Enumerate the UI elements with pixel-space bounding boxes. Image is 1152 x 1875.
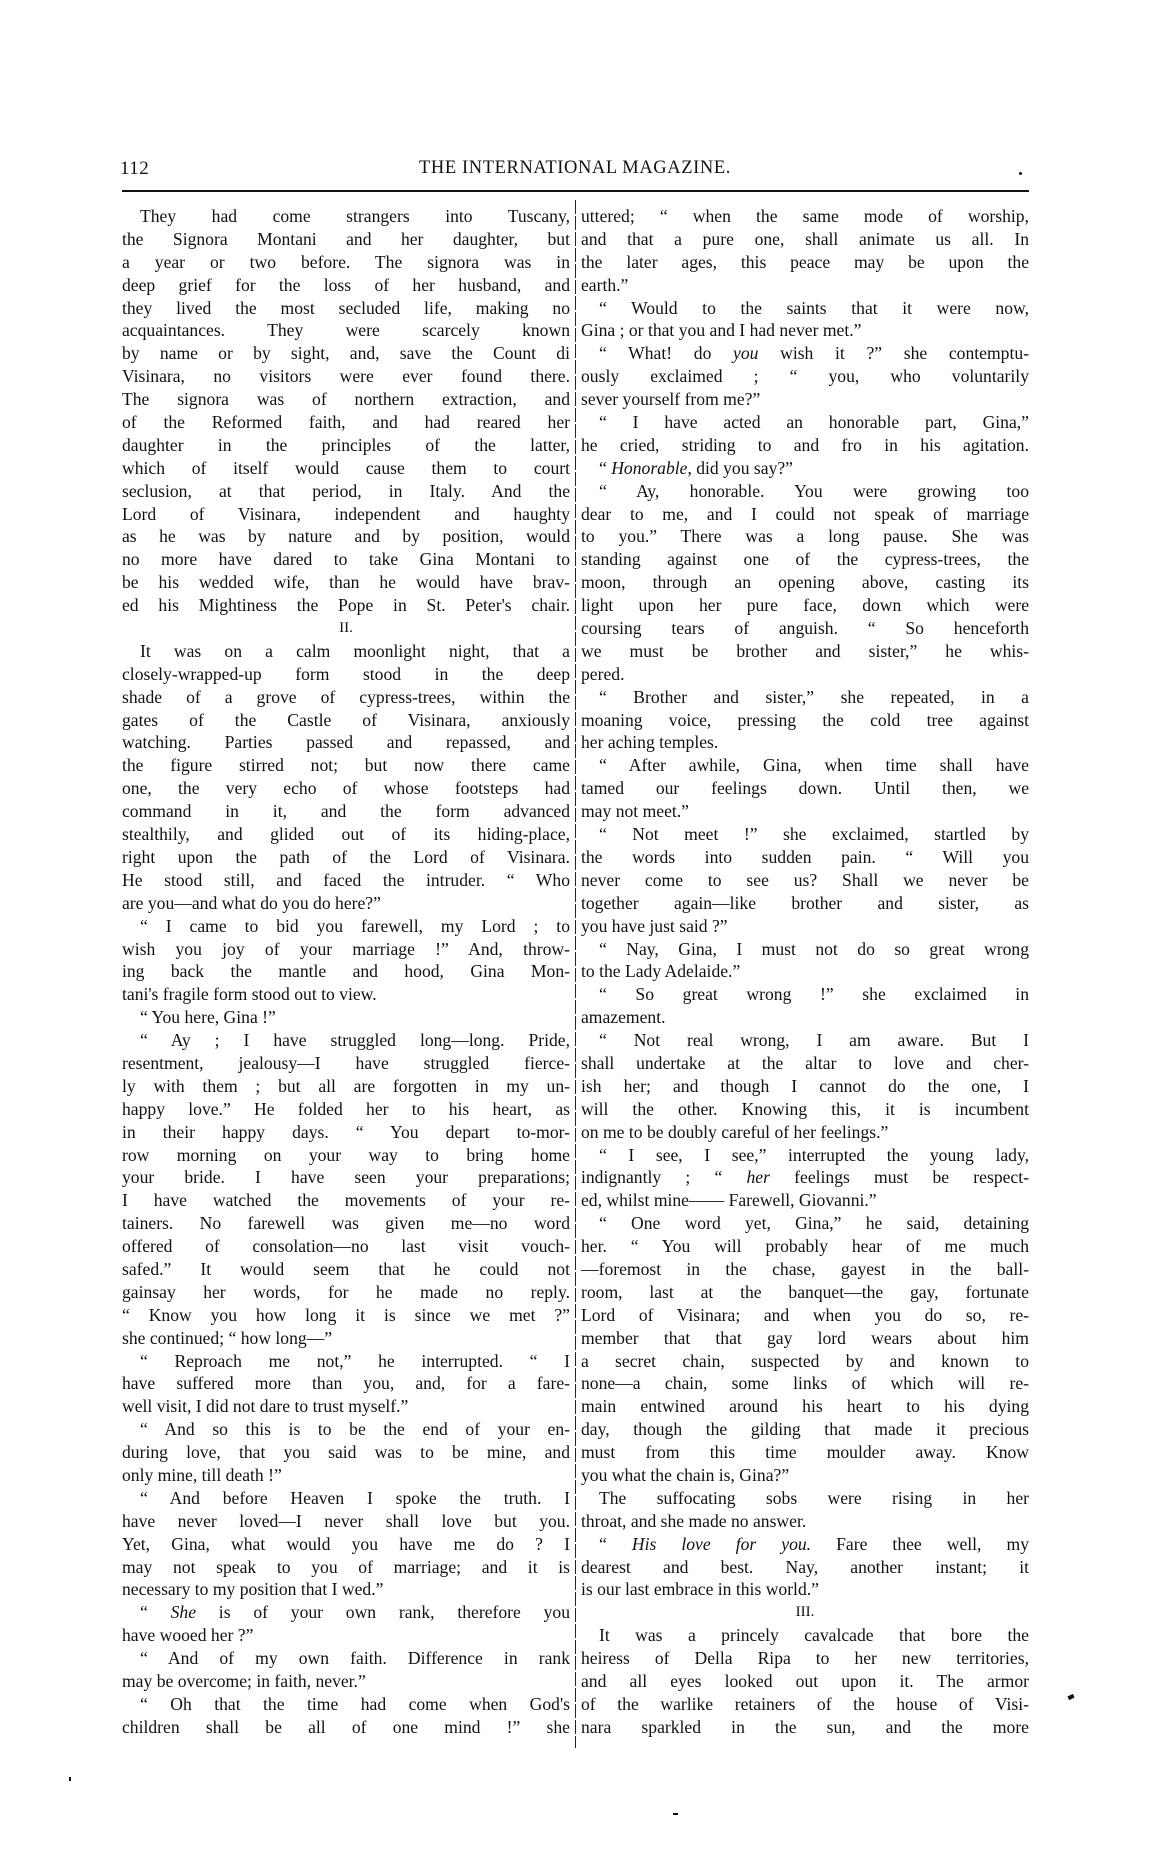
section-heading: III. — [581, 1601, 1029, 1624]
right-column: uttered; “ when the same mode of worship… — [581, 205, 1029, 1739]
text-line: is our last embrace in this world.” — [581, 1578, 1029, 1601]
text-line: in their happy days. “ You depart to-mor… — [122, 1121, 570, 1144]
text-line: “ Not meet !” she exclaimed, startled by — [581, 823, 1029, 846]
column-divider — [575, 200, 576, 1748]
section-heading: II. — [122, 617, 570, 640]
text-line: ish her; and though I cannot do the one,… — [581, 1075, 1029, 1098]
text-line: ously exclaimed ; “ you, who voluntarily — [581, 365, 1029, 388]
text-line: on me to be doubly careful of her feelin… — [581, 1121, 1029, 1144]
text-line: “ And before Heaven I spoke the truth. I — [122, 1487, 570, 1510]
text-line: and that a pure one, shall animate us al… — [581, 228, 1029, 251]
text-line: seclusion, at that period, in Italy. And… — [122, 480, 570, 503]
text-line: daughter in the principles of the latter… — [122, 434, 570, 457]
text-line: dear to me, and I could not speak of mar… — [581, 503, 1029, 526]
stray-ink-mark — [1067, 1694, 1074, 1700]
text-line: I have watched the movements of your re- — [122, 1189, 570, 1212]
text-line: “ Reproach me not,” he interrupted. “ I — [122, 1350, 570, 1373]
emphasis-text: Honorable — [611, 458, 687, 478]
text-line: “ So great wrong !” she exclaimed in — [581, 983, 1029, 1006]
text-line: “ Would to the saints that it were now, — [581, 297, 1029, 320]
text-line: tani's fragile form stood out to view. — [122, 983, 570, 1006]
text-line: —foremost in the chase, gayest in the ba… — [581, 1258, 1029, 1281]
text-line: have suffered more than you, and, for a … — [122, 1372, 570, 1395]
text-line: It was a princely cavalcade that bore th… — [581, 1624, 1029, 1647]
text-line: gates of the Castle of Visinara, anxious… — [122, 709, 570, 732]
text-line: never come to see us? Shall we never be — [581, 869, 1029, 892]
text-line: the Signora Montani and her daughter, bu… — [122, 228, 570, 251]
text-line: “ You here, Gina !” — [122, 1006, 570, 1029]
text-line: “ Ay ; I have struggled long—long. Pride… — [122, 1029, 570, 1052]
text-line: her aching temples. — [581, 731, 1029, 754]
text-line: ly with them ; but all are forgotten in … — [122, 1075, 570, 1098]
text-line: must from this time moulder away. Know — [581, 1441, 1029, 1464]
text-line: she continued; “ how long—” — [122, 1327, 570, 1350]
text-line: have never loved—I never shall love but … — [122, 1510, 570, 1533]
text-line: heiress of Della Ripa to her new territo… — [581, 1647, 1029, 1670]
text-line: uttered; “ when the same mode of worship… — [581, 205, 1029, 228]
text-line: “ I have acted an honorable part, Gina,” — [581, 411, 1029, 434]
text-line: command in it, and the form advanced — [122, 800, 570, 823]
text-line: only mine, till death !” — [122, 1464, 570, 1487]
text-line: of the warlike retainers of the house of… — [581, 1693, 1029, 1716]
text-line: safed.” It would seem that he could not — [122, 1258, 570, 1281]
text-line: of the Reformed faith, and had reared he… — [122, 411, 570, 434]
text-line: ed his Mightiness the Pope in St. Peter'… — [122, 594, 570, 617]
text-line: “ And so this is to be the end of your e… — [122, 1418, 570, 1441]
header-rule — [122, 190, 1029, 192]
text-line: Lord of Visinara; and when you do so, re… — [581, 1304, 1029, 1327]
text-line: “ After awhile, Gina, when time shall ha… — [581, 754, 1029, 777]
text-line: light upon her pure face, down which wer… — [581, 594, 1029, 617]
text-line: to the Lady Adelaide.” — [581, 960, 1029, 983]
text-line: throat, and she made no answer. — [581, 1510, 1029, 1533]
text-line: may not meet.” — [581, 800, 1029, 823]
emphasis-text: She — [171, 1602, 196, 1622]
text-line: stealthily, and glided out of its hiding… — [122, 823, 570, 846]
text-line: “ And of my own faith. Difference in ran… — [122, 1647, 570, 1670]
text-line: Lord of Visinara, independent and haught… — [122, 503, 570, 526]
text-line: tamed our feelings down. Until then, we — [581, 777, 1029, 800]
text-line: he cried, striding to and fro in his agi… — [581, 434, 1029, 457]
text-line: “ Nay, Gina, I must not do so great wron… — [581, 938, 1029, 961]
text-line: They had come strangers into Tuscany, — [122, 205, 570, 228]
text-line: sever yourself from me?” — [581, 388, 1029, 411]
emphasis-text: her — [746, 1167, 769, 1187]
text-line: “ Oh that the time had come when God's — [122, 1693, 570, 1716]
text-line: watching. Parties passed and repassed, a… — [122, 731, 570, 754]
text-line: day, though the gilding that made it pre… — [581, 1418, 1029, 1441]
text-line: Yet, Gina, what would you have me do ? I — [122, 1533, 570, 1556]
header-dot-mark — [1019, 172, 1022, 175]
text-line: be his wedded wife, than he would have b… — [122, 571, 570, 594]
text-line: closely-wrapped-up form stood in the dee… — [122, 663, 570, 686]
text-line: row morning on your way to bring home — [122, 1144, 570, 1167]
text-line: It was on a calm moonlight night, that a — [122, 640, 570, 663]
text-line: well visit, I did not dare to trust myse… — [122, 1395, 570, 1418]
emphasis-text: you — [733, 343, 758, 363]
text-line: no more have dared to take Gina Montani … — [122, 548, 570, 571]
text-line: The suffocating sobs were rising in her — [581, 1487, 1029, 1510]
bottom-ink-mark — [673, 1813, 678, 1815]
text-line: dearest and best. Nay, another instant; … — [581, 1556, 1029, 1579]
text-line: and all eyes looked out upon it. The arm… — [581, 1670, 1029, 1693]
text-line: nara sparkled in the sun, and the more — [581, 1716, 1029, 1739]
text-line: amazement. — [581, 1006, 1029, 1029]
text-line: coursing tears of anguish. “ So hencefor… — [581, 617, 1029, 640]
text-line: standing against one of the cypress-tree… — [581, 548, 1029, 571]
text-line: her. “ You will probably hear of me much — [581, 1235, 1029, 1258]
text-line: as he was by nature and by position, wou… — [122, 525, 570, 548]
text-line: to you.” There was a long pause. She was — [581, 525, 1029, 548]
text-line: tainers. No farewell was given me—no wor… — [122, 1212, 570, 1235]
magazine-title: THE INTERNATIONAL MAGAZINE. — [120, 158, 1030, 179]
text-line: moon, through an opening above, casting … — [581, 571, 1029, 594]
text-line: “ What! do you wish it ?” she contemptu- — [581, 342, 1029, 365]
text-line: indignantly ; “ her feelings must be res… — [581, 1166, 1029, 1189]
text-line: “ Honorable, did you say?” — [581, 457, 1029, 480]
text-line: children shall be all of one mind !” she — [122, 1716, 570, 1739]
text-line: resentment, jealousy—I have struggled fi… — [122, 1052, 570, 1075]
text-line: a year or two before. The signora was in — [122, 251, 570, 274]
text-line: “ She is of your own rank, therefore you — [122, 1601, 570, 1624]
text-line: your bride. I have seen your preparation… — [122, 1166, 570, 1189]
text-line: deep grief for the loss of her husband, … — [122, 274, 570, 297]
text-line: right upon the path of the Lord of Visin… — [122, 846, 570, 869]
text-line: shade of a grove of cypress-trees, withi… — [122, 686, 570, 709]
text-line: “ Ay, honorable. You were growing too — [581, 480, 1029, 503]
text-line: we must be brother and sister,” he whis- — [581, 640, 1029, 663]
text-line: wish you joy of your marriage !” And, th… — [122, 938, 570, 961]
text-line: may be overcome; in faith, never.” — [122, 1670, 570, 1693]
text-line: “ Not real wrong, I am aware. But I — [581, 1029, 1029, 1052]
text-line: necessary to my position that I wed.” — [122, 1578, 570, 1601]
text-line: a secret chain, suspected by and known t… — [581, 1350, 1029, 1373]
text-line: ing back the mantle and hood, Gina Mon- — [122, 960, 570, 983]
text-line: have wooed her ?” — [122, 1624, 570, 1647]
text-line: one, the very echo of whose footsteps ha… — [122, 777, 570, 800]
text-line: member that that gay lord wears about hi… — [581, 1327, 1029, 1350]
text-line: happy love.” He folded her to his heart,… — [122, 1098, 570, 1121]
text-line: gainsay her words, for he made no reply. — [122, 1281, 570, 1304]
text-line: He stood still, and faced the intruder. … — [122, 869, 570, 892]
text-line: acquaintances. They were scarcely known — [122, 319, 570, 342]
text-line: “ I came to bid you farewell, my Lord ; … — [122, 915, 570, 938]
text-line: shall undertake at the altar to love and… — [581, 1052, 1029, 1075]
text-line: none—a chain, some links of which will r… — [581, 1372, 1029, 1395]
text-line: “ One word yet, Gina,” he said, detainin… — [581, 1212, 1029, 1235]
text-line: main entwined around his heart to his dy… — [581, 1395, 1029, 1418]
text-line: earth.” — [581, 274, 1029, 297]
text-line: ed, whilst mine—— Farewell, Giovanni.” — [581, 1189, 1029, 1212]
text-line: the later ages, this peace may be upon t… — [581, 251, 1029, 274]
page-header: 112 THE INTERNATIONAL MAGAZINE. — [120, 158, 1030, 188]
text-line: together again—like brother and sister, … — [581, 892, 1029, 915]
text-line: may not speak to you of marriage; and it… — [122, 1556, 570, 1579]
text-line: Gina ; or that you and I had never met.” — [581, 319, 1029, 342]
stray-comma-mark — [69, 1777, 71, 1781]
text-line: during love, that you said was to be min… — [122, 1441, 570, 1464]
emphasis-text: His love for you. — [632, 1534, 811, 1554]
text-line: room, last at the banquet—the gay, fortu… — [581, 1281, 1029, 1304]
text-line: The signora was of northern extraction, … — [122, 388, 570, 411]
text-line: “ Brother and sister,” she repeated, in … — [581, 686, 1029, 709]
text-line: “ His love for you. Fare thee well, my — [581, 1533, 1029, 1556]
text-line: the words into sudden pain. “ Will you — [581, 846, 1029, 869]
text-line: “ Know you how long it is since we met ?… — [122, 1304, 570, 1327]
text-line: moaning voice, pressing the cold tree ag… — [581, 709, 1029, 732]
left-column: They had come strangers into Tuscany,the… — [122, 205, 570, 1739]
text-line: you what the chain is, Gina?” — [581, 1464, 1029, 1487]
text-line: you have just said ?” — [581, 915, 1029, 938]
text-line: offered of consolation—no last visit vou… — [122, 1235, 570, 1258]
text-line: will the other. Knowing this, it is incu… — [581, 1098, 1029, 1121]
text-line: are you—and what do you do here?” — [122, 892, 570, 915]
text-line: they lived the most secluded life, makin… — [122, 297, 570, 320]
text-line: the figure stirred not; but now there ca… — [122, 754, 570, 777]
text-line: pered. — [581, 663, 1029, 686]
text-line: Visinara, no visitors were ever found th… — [122, 365, 570, 388]
text-line: “ I see, I see,” interrupted the young l… — [581, 1144, 1029, 1167]
text-line: which of itself would cause them to cour… — [122, 457, 570, 480]
text-line: by name or by sight, and, save the Count… — [122, 342, 570, 365]
